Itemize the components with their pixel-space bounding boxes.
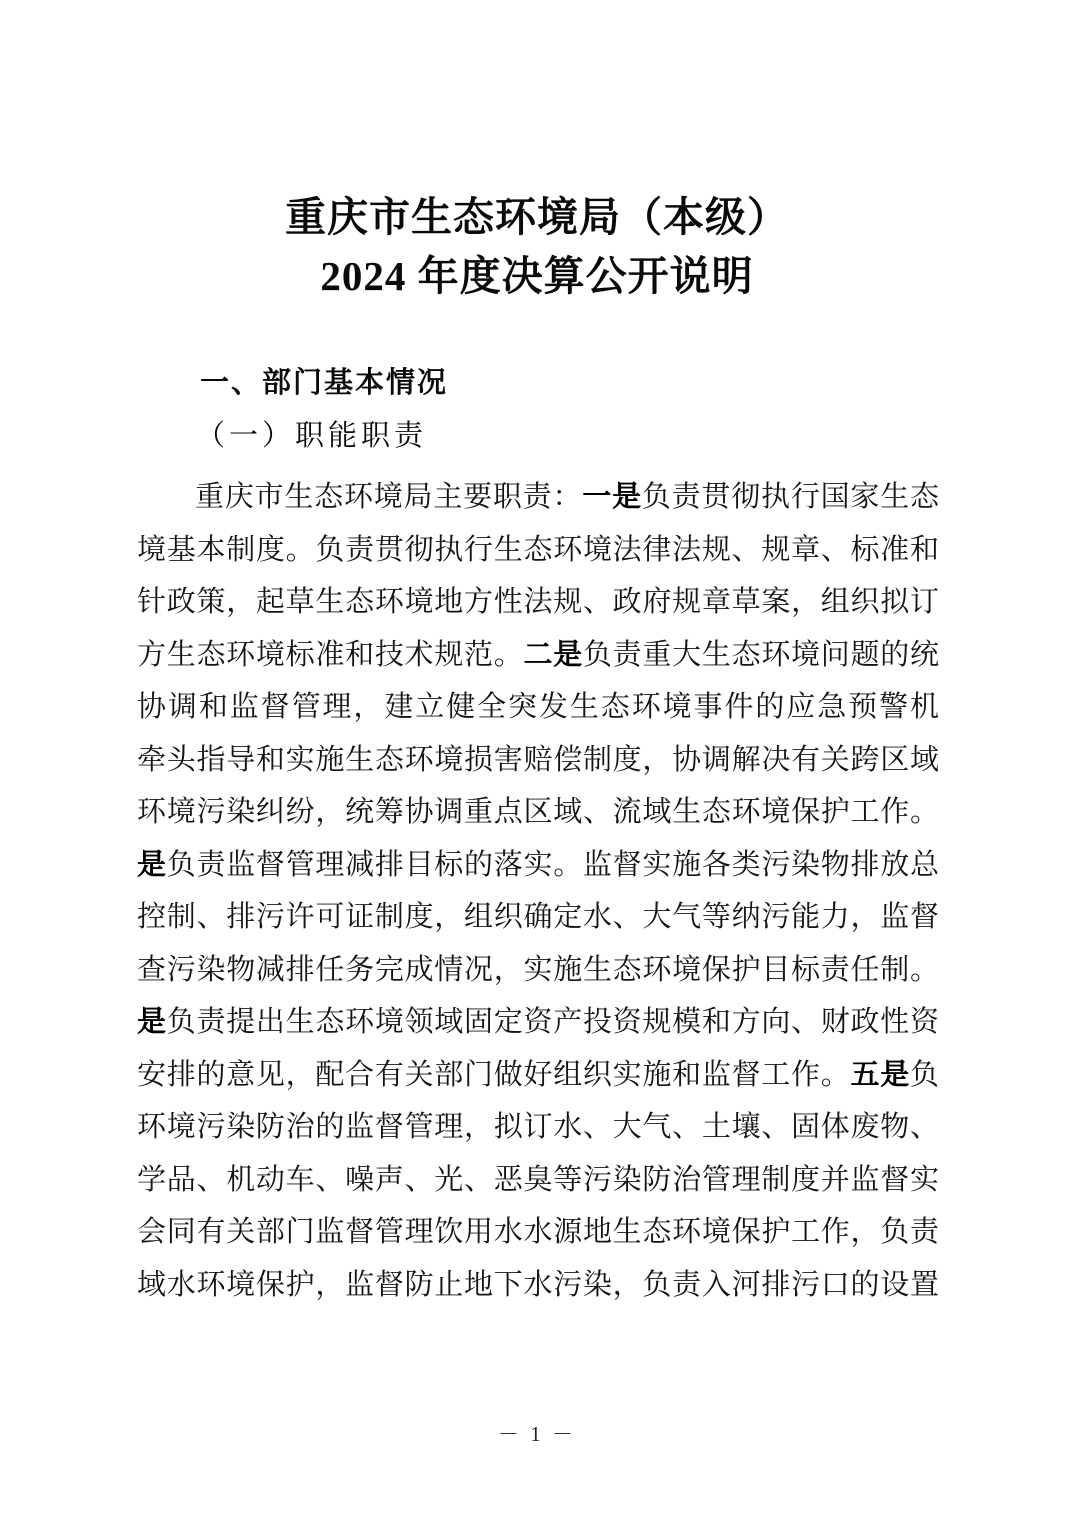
body-run: 环境污染纠纷，统筹协调重点区域、流域生态环境保护工作。 <box>137 796 939 828</box>
body-run: 学品、机动车、噪声、光、恶臭等污染防治管理制度并监督实施。 <box>137 1164 939 1207</box>
body-line: 环境污染纠纷，统筹协调重点区域、流域生态环境保护工作。三 <box>137 786 939 839</box>
document-title-line-2: 2024 年度决算公开说明 <box>0 247 1074 306</box>
body-run: 方生态环境标准和技术规范。 <box>137 639 523 671</box>
body-paragraph: 重庆市生态环境局主要职责：一是负责贯彻执行国家生态环境基本制度。负责贯彻执行生态… <box>137 471 939 1311</box>
body-line: 域水环境保护，监督防止地下水污染，负责入河排污口的设置管 <box>137 1259 939 1312</box>
body-line: 环境污染防治的监督管理，拟订水、大气、土壤、固体废物、化 <box>137 1101 939 1154</box>
body-run: 域水环境保护，监督防止地下水污染，负责入河排污口的设置管 <box>137 1269 939 1312</box>
body-line: 方生态环境标准和技术规范。二是负责重大生态环境问题的统筹 <box>137 629 939 682</box>
body-line: 学品、机动车、噪声、光、恶臭等污染防治管理制度并监督实施。 <box>137 1154 939 1207</box>
body-line: 重庆市生态环境局主要职责：一是负责贯彻执行国家生态环 <box>137 471 939 524</box>
body-run: 安排的意见，配合有关部门做好组织实施和监督工作。 <box>137 1059 851 1091</box>
body-line: 牵头指导和实施生态环境损害赔偿制度，协调解决有关跨区域的 <box>137 734 939 787</box>
body-run: 查污染物减排任务完成情况，实施生态环境保护目标责任制。 <box>137 954 939 986</box>
document-title-line-1: 重庆市生态环境局（本级） <box>0 188 1074 247</box>
body-run-bold: 二是 <box>523 639 582 671</box>
body-line: 针政策，起草生态环境地方性法规、政府规章草案，组织拟订地 <box>137 576 939 629</box>
body-line: 查污染物减排任务完成情况，实施生态环境保护目标责任制。四 <box>137 944 939 997</box>
body-run: 牵头指导和实施生态环境损害赔偿制度，协调解决有关跨区域的 <box>137 744 939 787</box>
body-run: 协调和监督管理，建立健全突发生态环境事件的应急预警机制， <box>137 691 939 734</box>
body-run: 负责监督管理减排目标的落实。监督实施各类污染物排放总量 <box>137 849 939 892</box>
body-line: 会同有关部门监督管理饮用水水源地生态环境保护工作，负责流 <box>137 1206 939 1259</box>
body-run: 境基本制度。负责贯彻执行生态环境法律法规、规章、标准和方 <box>137 534 939 577</box>
section-heading-basic-info: 一、部门基本情况 <box>200 366 448 400</box>
document-title: 重庆市生态环境局（本级） 2024 年度决算公开说明 <box>0 188 1074 306</box>
body-line: 控制、排污许可证制度，组织确定水、大气等纳污能力，监督检 <box>137 891 939 944</box>
body-run-bold: 是 <box>137 849 167 881</box>
body-run: 控制、排污许可证制度，组织确定水、大气等纳污能力，监督检 <box>137 901 939 944</box>
body-line: 境基本制度。负责贯彻执行生态环境法律法规、规章、标准和方 <box>137 524 939 577</box>
document-page: 重庆市生态环境局（本级） 2024 年度决算公开说明 一、部门基本情况 （一）职… <box>0 0 1074 1520</box>
body-line: 安排的意见，配合有关部门做好组织实施和监督工作。五是负责 <box>137 1049 939 1102</box>
subsection-heading-duties: （一）职能职责 <box>196 419 427 453</box>
body-line: 是负责提出生态环境领域固定资产投资规模和方向、财政性资金 <box>137 996 939 1049</box>
body-line: 是负责监督管理减排目标的落实。监督实施各类污染物排放总量 <box>137 839 939 892</box>
page-number: － 1 － <box>0 1418 1074 1448</box>
body-run-bold: 一是 <box>582 481 642 513</box>
body-run-bold: 是 <box>137 1006 167 1038</box>
body-run: 负责提出生态环境领域固定资产投资规模和方向、财政性资金 <box>137 1006 939 1049</box>
body-line: 协调和监督管理，建立健全突发生态环境事件的应急预警机制， <box>137 681 939 734</box>
body-run: 会同有关部门监督管理饮用水水源地生态环境保护工作，负责流 <box>137 1216 939 1259</box>
body-run: 重庆市生态环境局主要职责： <box>195 481 582 513</box>
body-run-bold: 五是 <box>851 1059 910 1091</box>
body-run: 环境污染防治的监督管理，拟订水、大气、土壤、固体废物、化 <box>137 1111 939 1154</box>
body-run: 针政策，起草生态环境地方性法规、政府规章草案，组织拟订地 <box>137 586 939 629</box>
